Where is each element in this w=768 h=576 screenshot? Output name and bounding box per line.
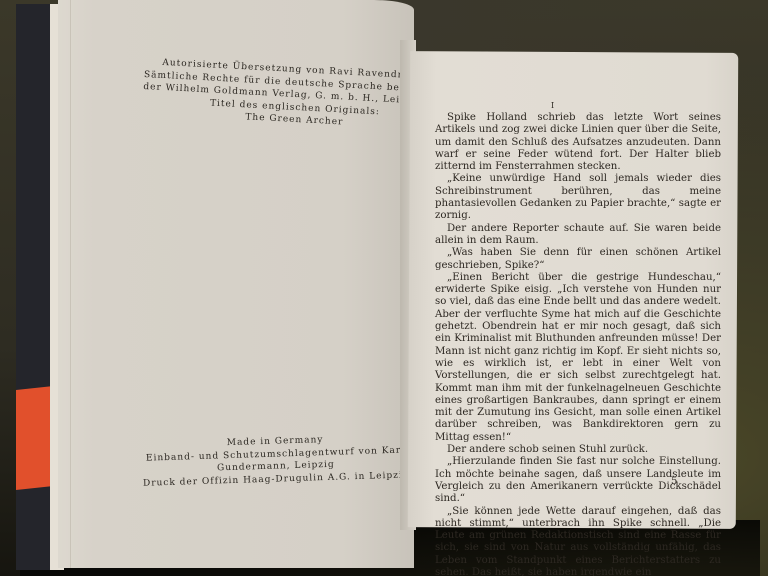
left-page-edge [60, 0, 71, 568]
chapter-body: Spike Holland schrieb das letzte Wort se… [435, 112, 721, 576]
paragraph: „Hierzulande finden Sie fast nur solche … [435, 456, 721, 505]
paragraph: Der andere Reporter schaute auf. Sie war… [435, 223, 721, 248]
paragraph: „Sie können jede Wette darauf eingehen, … [435, 506, 721, 576]
cover-red-band [16, 386, 50, 490]
page-number: 5 [671, 476, 677, 487]
imprint-bottom: Made in Germany Einband- und Schutzumsch… [135, 431, 416, 490]
paragraph: „Was haben Sie denn für einen schönen Ar… [435, 247, 721, 272]
paragraph: „Keine unwürdige Hand soll jemals wieder… [435, 173, 721, 222]
paragraph: Spike Holland schrieb das letzte Wort se… [435, 112, 721, 173]
chapter-number: I [551, 101, 554, 110]
paragraph: Der andere schob seinen Stuhl zurück. [435, 444, 721, 456]
paragraph: „Einen Bericht über die gestrige Hundesc… [435, 272, 721, 444]
